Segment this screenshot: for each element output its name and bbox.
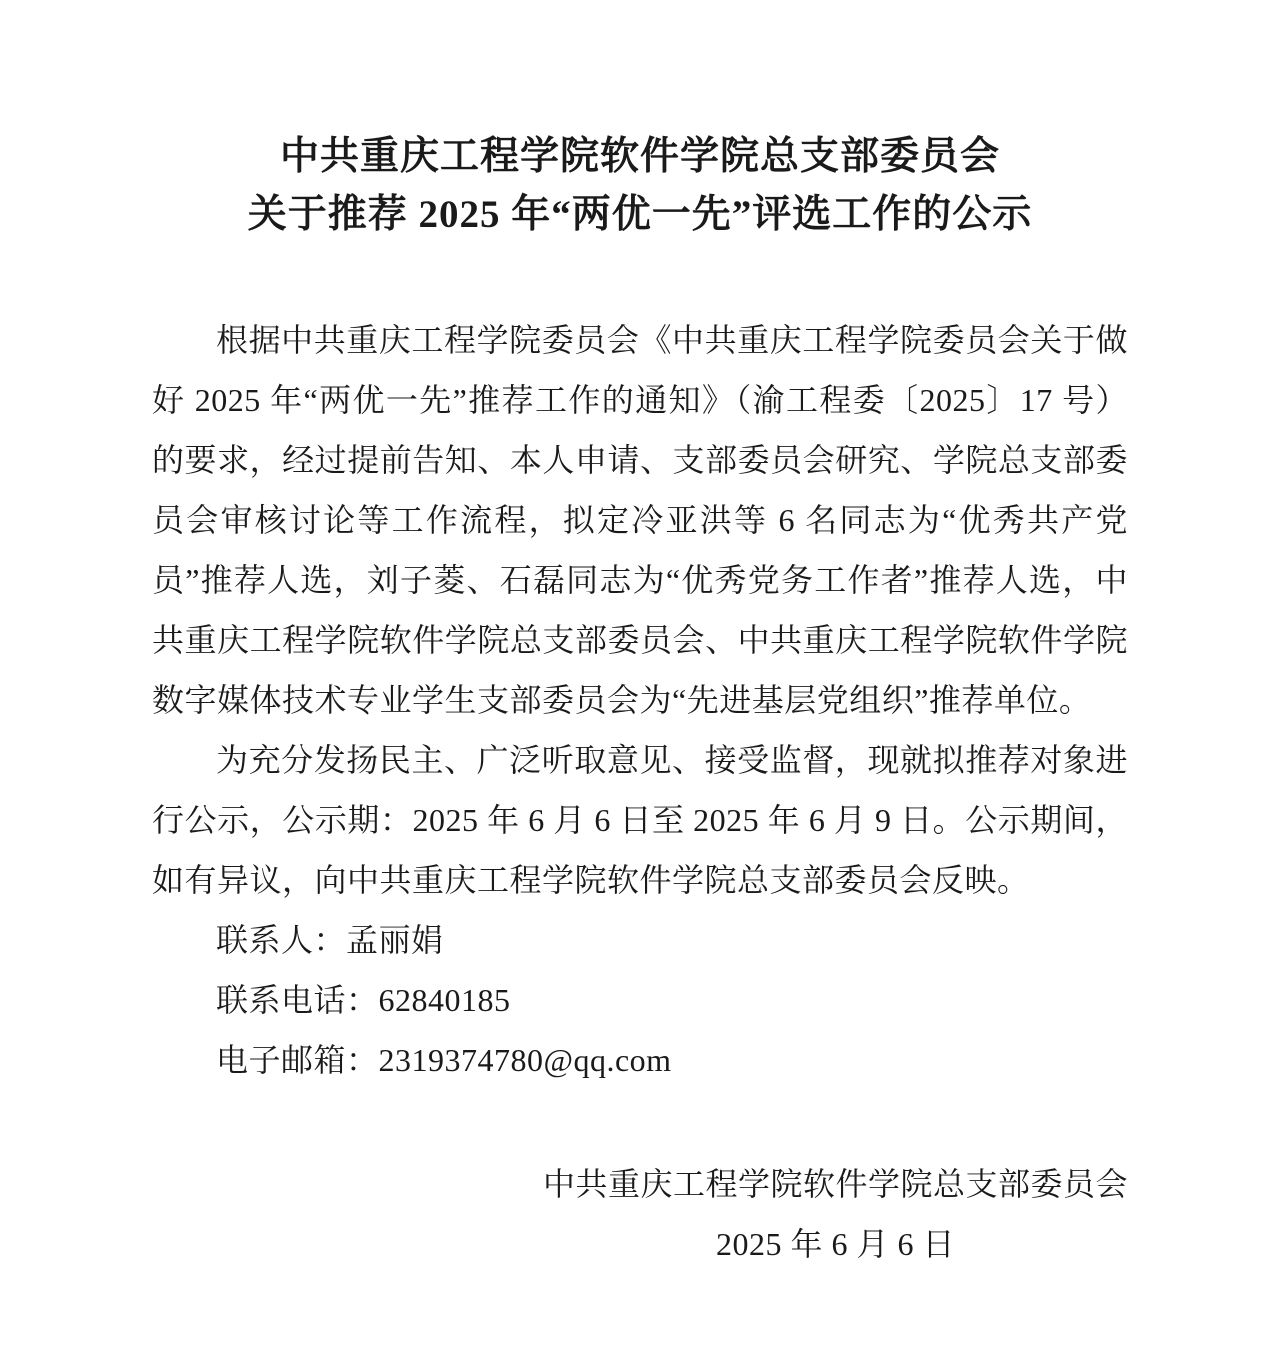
signature-date: 2025 年 6 月 6 日	[543, 1214, 1128, 1274]
document-title-line2: 关于推荐 2025 年“两优一先”评选工作的公示	[152, 186, 1128, 244]
document-title-line1: 中共重庆工程学院软件学院总支部委员会	[152, 128, 1128, 186]
contact-person-line: 联系人：孟丽娟	[152, 910, 1128, 970]
document-page: 中共重庆工程学院软件学院总支部委员会 关于推荐 2025 年“两优一先”评选工作…	[0, 0, 1280, 1350]
contact-email-line: 电子邮箱：2319374780@qq.com	[152, 1030, 1128, 1090]
signature-inner: 中共重庆工程学院软件学院总支部委员会 2025 年 6 月 6 日	[543, 1154, 1128, 1274]
document-title: 中共重庆工程学院软件学院总支部委员会 关于推荐 2025 年“两优一先”评选工作…	[152, 128, 1128, 244]
paragraph-publicity-period: 为充分发扬民主、广泛听取意见、接受监督，现就拟推荐对象进行公示，公示期：2025…	[152, 730, 1128, 910]
contact-phone-line: 联系电话：62840185	[152, 970, 1128, 1030]
signature-block: 中共重庆工程学院软件学院总支部委员会 2025 年 6 月 6 日	[152, 1154, 1128, 1274]
paragraph-recommendation-basis: 根据中共重庆工程学院委员会《中共重庆工程学院委员会关于做好 2025 年“两优一…	[152, 310, 1128, 730]
signature-organization: 中共重庆工程学院软件学院总支部委员会	[543, 1154, 1128, 1214]
